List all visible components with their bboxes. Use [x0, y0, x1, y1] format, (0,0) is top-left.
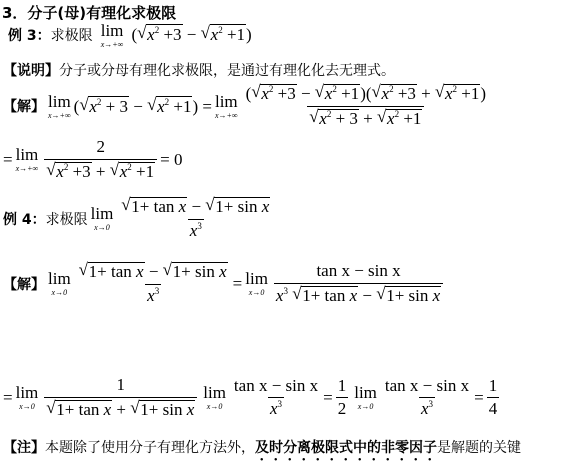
example-4-label: 例 4：	[3, 209, 46, 229]
note: 【注】本题除了使用分子有理化方法外，及时分离极限式中的非零因子是解题的关键	[3, 437, 521, 464]
limit-operator: limx→+∞	[101, 22, 124, 49]
limit-operator: limx→0	[354, 384, 377, 411]
example-4: 例 4：求极限 limx→0 1+ tan x − 1+ sin x x3	[3, 197, 275, 240]
example-3-expression: (x2 +3 − x2 +1)	[131, 25, 251, 44]
solution-4-fraction-3: 1 1+ tan x + 1+ sin x	[44, 376, 197, 419]
limit-operator: limx→0	[91, 205, 114, 232]
solution-3-fraction: (x2 +3 − x2 +1)(x2 +3 + x2 +1) x2 + 3 + …	[244, 84, 488, 128]
solution-3-fraction-2: 2 x2 +3 + x2 +1	[44, 138, 157, 181]
explanation-text: 分子或分母有理化求极限，是通过有理化化去无理式。	[59, 63, 395, 79]
solution-4-coefficient: 1 2	[336, 377, 349, 419]
solution-3-result: 0	[174, 150, 183, 169]
solution-3-line-2: = limx→+∞ 2 x2 +3 + x2 +1 = 0	[3, 138, 182, 181]
limit-operator: limx→0	[203, 384, 226, 411]
note-emphasis: 及时分离极限式中的非零因子	[255, 440, 437, 456]
example-3-label: 例 3：	[8, 28, 51, 44]
solution-4-fraction-5: tan x − sin x x3	[383, 377, 471, 419]
solution-4-result: 1 4	[487, 377, 500, 419]
solution-3-left-expr: (x2 + 3 − x2 +1) =	[74, 96, 212, 117]
solution-4-fraction-2: tan x − sin x x3 1+ tan x − 1+ sin x	[274, 262, 443, 305]
example-4-fraction: 1+ tan x − 1+ sin x x3	[119, 197, 272, 240]
example-3: 例 3：求极限 limx→+∞ (x2 +3 − x2 +1)	[8, 22, 252, 49]
limit-operator: limx→0	[16, 384, 39, 411]
example-4-prompt: 求极限	[46, 209, 88, 229]
example-3-prompt: 求极限	[51, 28, 93, 44]
section-heading: 3．分子(母)有理化求极限	[2, 2, 176, 23]
limit-operator: limx→+∞	[48, 93, 71, 120]
limit-operator: limx→+∞	[215, 93, 238, 120]
solution-4-line-2: = limx→0 1 1+ tan x + 1+ sin x limx→0 ta…	[3, 376, 502, 419]
limit-operator: limx→+∞	[16, 146, 39, 173]
solution-4-fraction-4: tan x − sin x x3	[232, 377, 320, 419]
solution-3-line-1: 【解】 limx→+∞ (x2 + 3 − x2 +1) = limx→+∞ (…	[3, 84, 491, 128]
explanation: 【说明】分子或分母有理化求极限，是通过有理化化去无理式。	[3, 60, 395, 80]
solution-4-line-1: 【解】 limx→0 1+ tan x − 1+ sin x x3 = limx…	[3, 262, 446, 305]
explanation-tag: 【说明】	[3, 63, 59, 79]
solution-4-tag: 【解】	[3, 274, 45, 294]
note-text: 本题除了使用分子有理化方法外，	[45, 440, 255, 456]
solution-4-fraction-1: 1+ tan x − 1+ sin x x3	[77, 262, 230, 305]
solution-3-tag: 【解】	[3, 96, 45, 116]
note-tag: 【注】	[3, 440, 45, 456]
note-tail: 是解题的关键	[437, 440, 521, 456]
limit-operator: limx→0	[48, 270, 71, 297]
limit-operator: limx→0	[245, 270, 268, 297]
